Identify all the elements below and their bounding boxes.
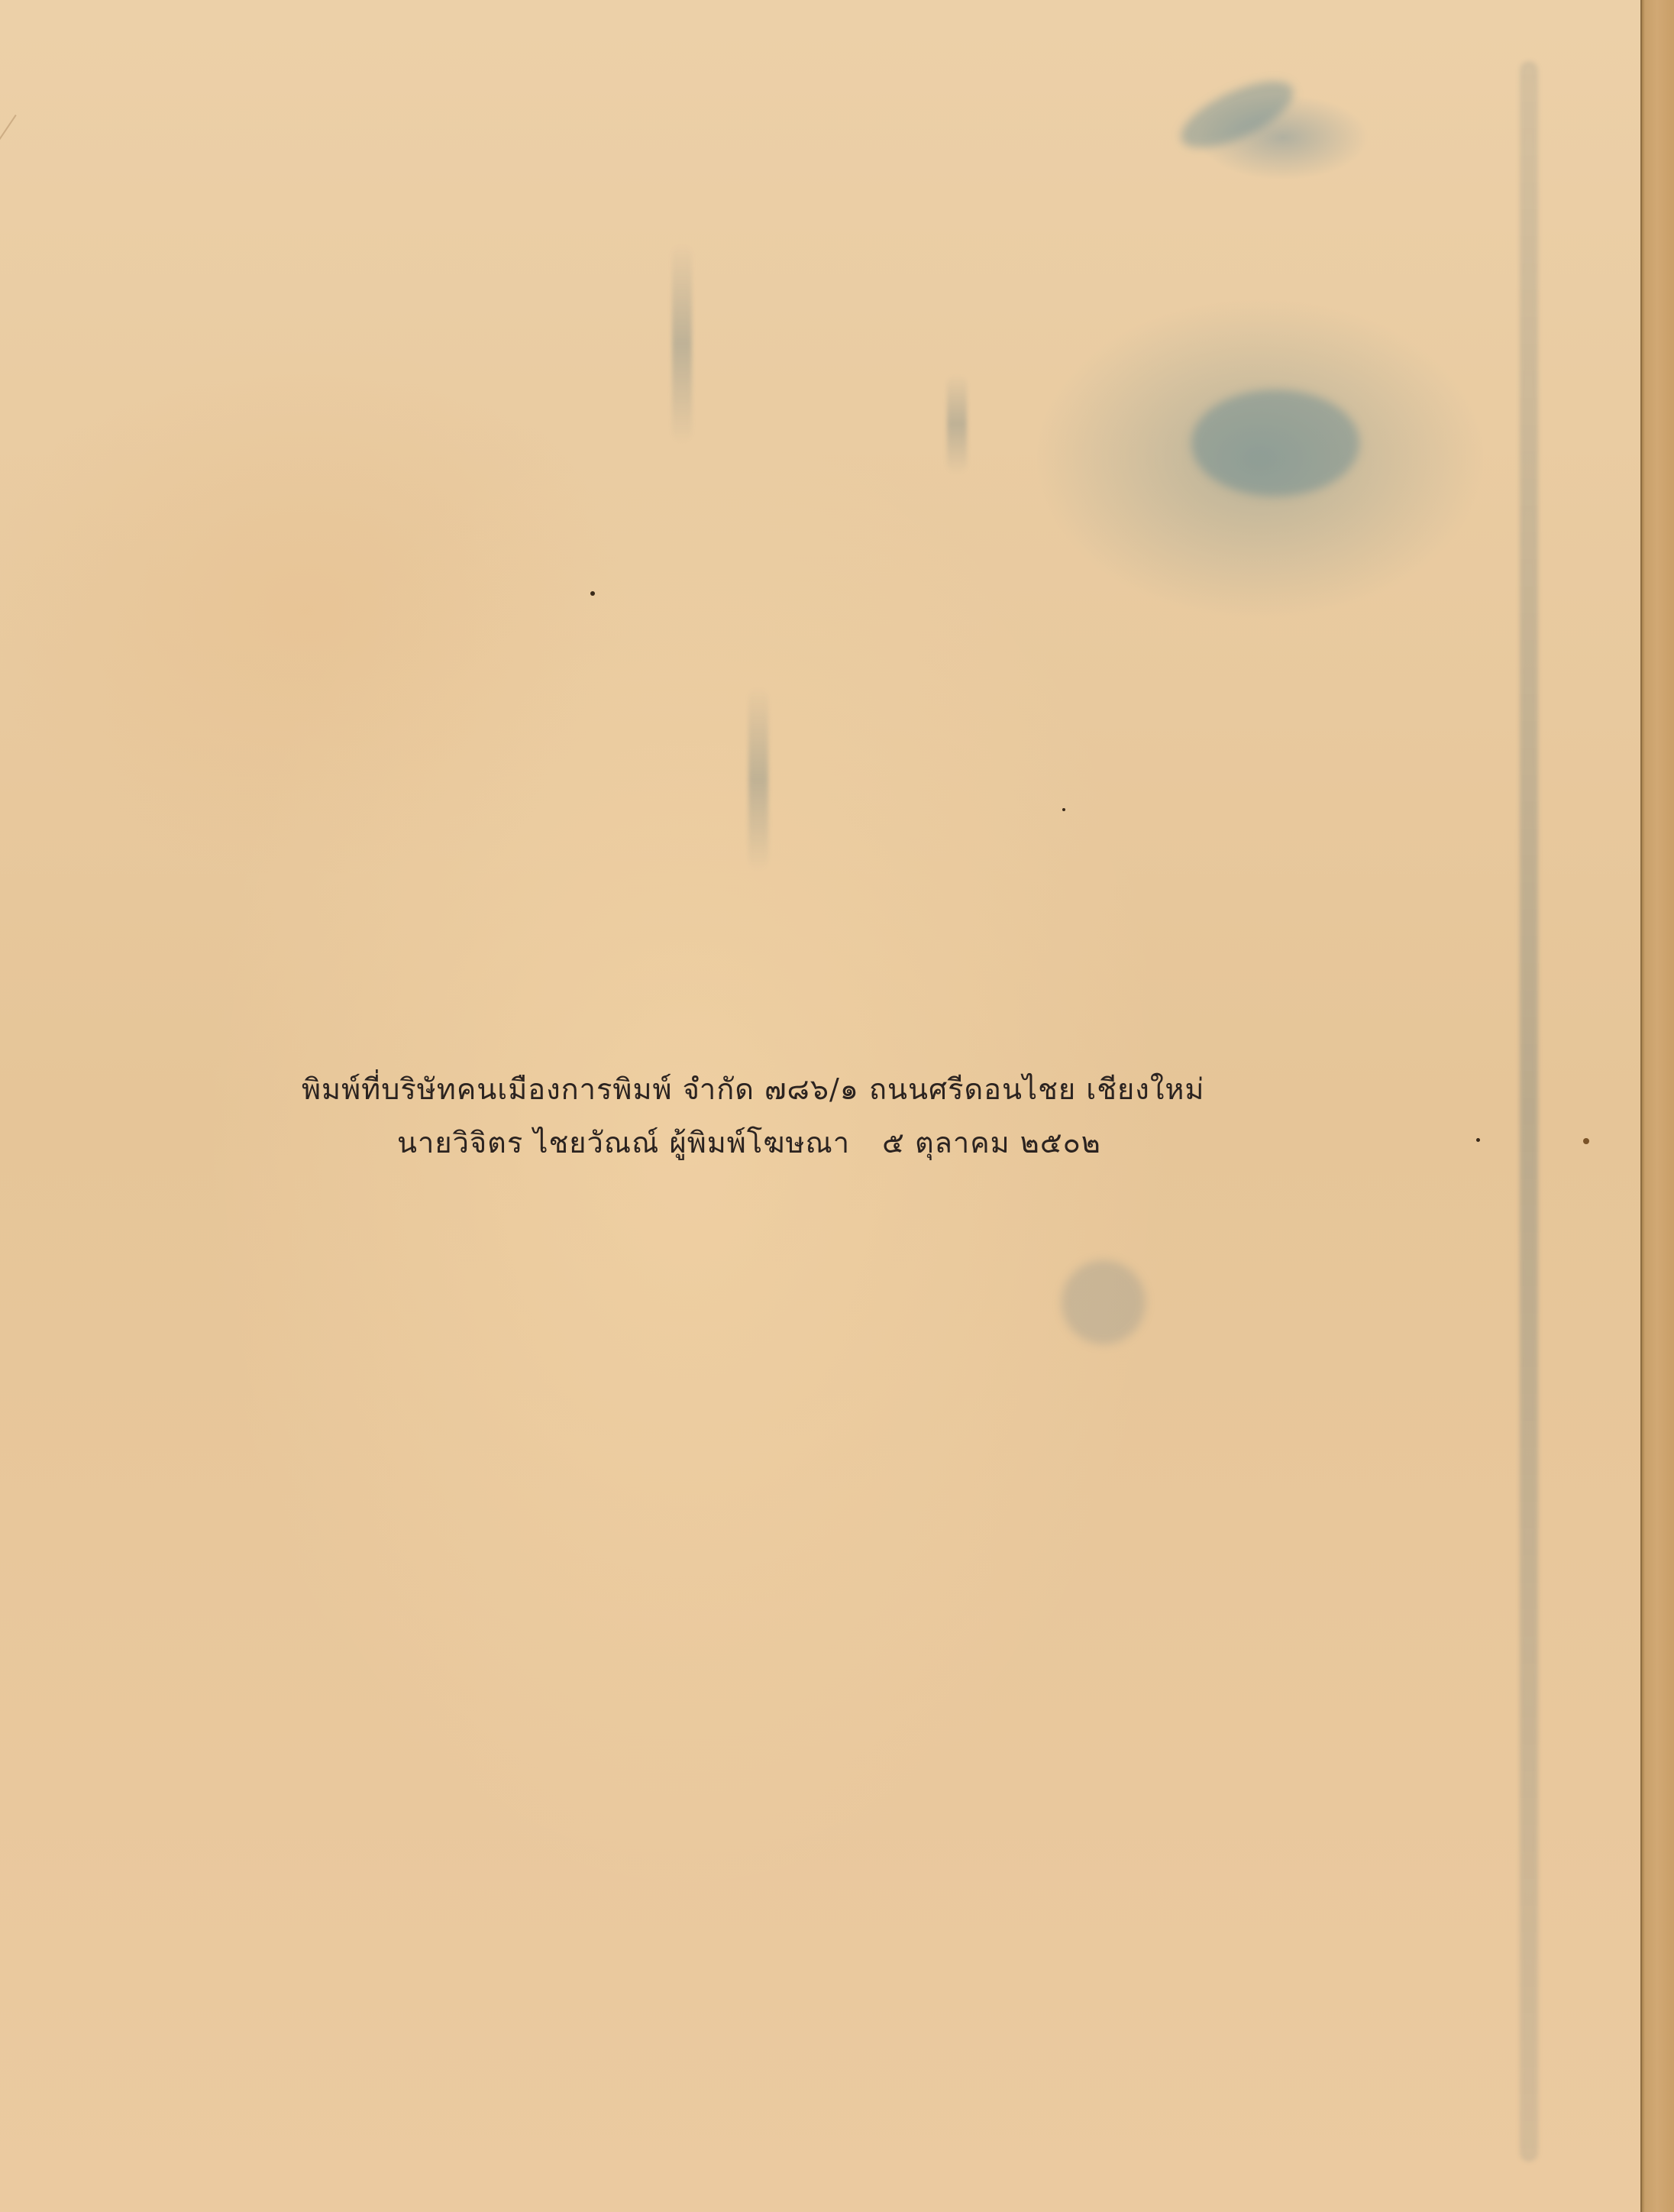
printer-address: พิมพ์ที่บริษัทคนเมืองการพิมพ์ จำกัด ๗๘๖/… (302, 1066, 1204, 1112)
speck (1476, 1138, 1480, 1142)
printer-line: นายวิจิตร ไชยวัณณ์ ผู้พิมพ์โฆษณา๕ ตุลาคม… (397, 1119, 1101, 1166)
print-date: ๕ ตุลาคม ๒๕๐๒ (882, 1126, 1101, 1159)
ink-streak (947, 374, 967, 474)
printer-name: นายวิจิตร ไชยวัณณ์ ผู้พิมพ์โฆษณา (397, 1126, 850, 1159)
book-spine-edge (1640, 0, 1674, 2212)
speck (590, 591, 595, 596)
ink-streak (748, 687, 768, 871)
ink-streak (672, 244, 692, 443)
ink-stain (1191, 390, 1359, 496)
ink-streak (1520, 61, 1538, 2162)
paper-crease (0, 115, 17, 685)
speck (1062, 808, 1065, 811)
ink-stain (1062, 1260, 1146, 1344)
ink-stain (1172, 68, 1302, 161)
speck (1583, 1138, 1589, 1144)
page: พิมพ์ที่บริษัทคนเมืองการพิมพ์ จำกัด ๗๘๖/… (0, 0, 1674, 2212)
